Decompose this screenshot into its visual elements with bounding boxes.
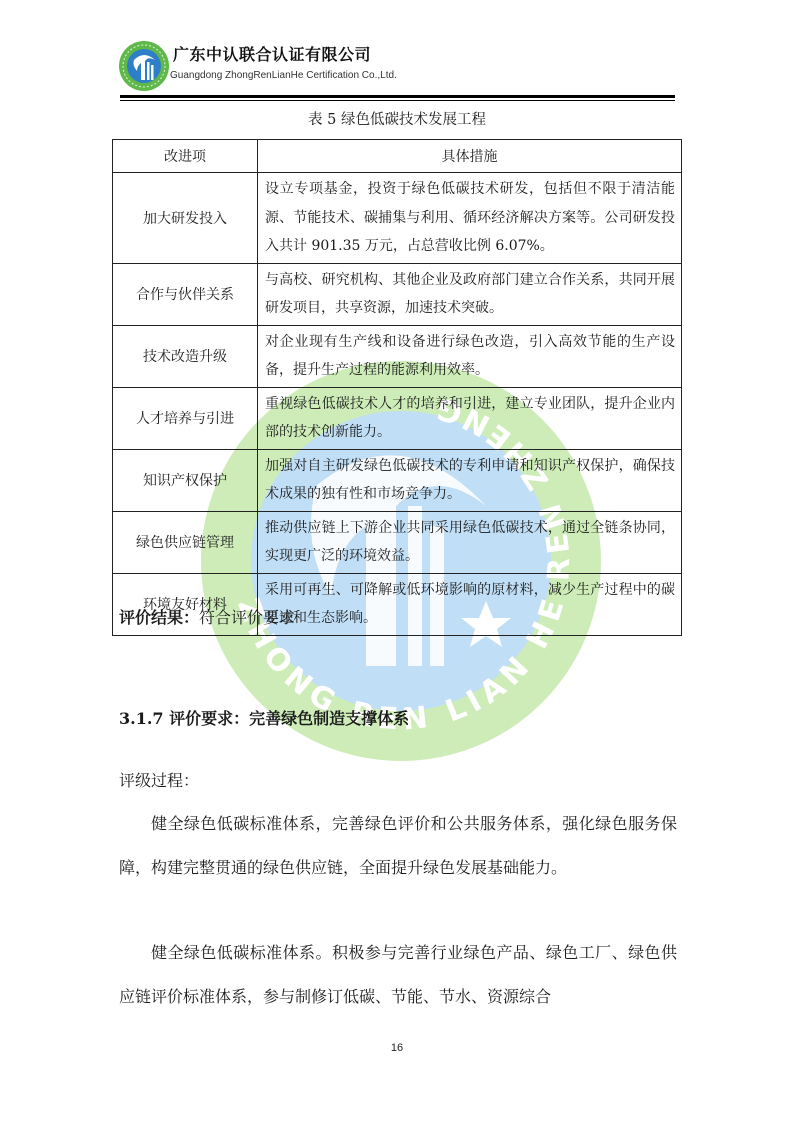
table-row: 加大研发投入 设立专项基金，投资于绿色低碳技术研发，包括但不限于清洁能源、节能技… <box>113 173 682 264</box>
table-row: 人才培养与引进 重视绿色低碳技术人才的培养和引进，建立专业团队，提升企业内部的技… <box>113 387 682 449</box>
table-row: 合作与伙伴关系 与高校、研究机构、其他企业及政府部门建立合作关系，共同开展研发项… <box>113 263 682 325</box>
page-header: 广东中认联合认证有限公司 Guangdong ZhongRenLianHe Ce… <box>118 38 678 98</box>
company-name-en: Guangdong ZhongRenLianHe Certification C… <box>170 70 397 81</box>
row-detail: 推动供应链上下游企业共同采用绿色低碳技术，通过全链条协同，实现更广泛的环境效益。 <box>258 511 682 573</box>
green-tech-table: 改进项 具体措施 加大研发投入 设立专项基金，投资于绿色低碳技术研发，包括但不限… <box>112 139 682 636</box>
row-detail: 重视绿色低碳技术人才的培养和引进，建立专业团队，提升企业内部的技术创新能力。 <box>258 387 682 449</box>
row-item: 技术改造升级 <box>113 325 258 387</box>
result-value: 符合评价要求 <box>199 608 295 627</box>
row-detail: 对企业现有生产线和设备进行绿色改造，引入高效节能的生产设备，提升生产过程的能源利… <box>258 325 682 387</box>
row-detail: 与高校、研究机构、其他企业及政府部门建立合作关系，共同开展研发项目，共享资源，加… <box>258 263 682 325</box>
company-name-cn: 广东中认联合认证有限公司 <box>173 42 371 65</box>
process-label: 评级过程： <box>119 768 199 791</box>
row-item: 知识产权保护 <box>113 449 258 511</box>
column-header-item: 改进项 <box>113 140 258 173</box>
section-heading: 3.1.7 评价要求：完善绿色制造支撑体系 <box>119 706 409 729</box>
row-item: 合作与伙伴关系 <box>113 263 258 325</box>
row-detail: 加强对自主研发绿色低碳技术的专利申请和知识产权保护，确保技术成果的独有性和市场竞… <box>258 449 682 511</box>
header-rule-thick <box>120 95 675 98</box>
header-rule-thin <box>120 100 675 101</box>
page-number: 16 <box>0 1042 794 1054</box>
row-item: 人才培养与引进 <box>113 387 258 449</box>
evaluation-result: 评价结果：符合评价要求 <box>119 605 295 628</box>
row-detail: 采用可再生、可降解或低环境影响的原材料，减少生产过程中的碳足迹和生态影响。 <box>258 573 682 635</box>
row-item: 绿色供应链管理 <box>113 511 258 573</box>
result-label: 评价结果： <box>119 608 199 627</box>
row-detail: 设立专项基金，投资于绿色低碳技术研发，包括但不限于清洁能源、节能技术、碳捕集与利… <box>258 173 682 264</box>
company-logo-icon <box>118 40 170 92</box>
table-header-row: 改进项 具体措施 <box>113 140 682 173</box>
table-row: 知识产权保护 加强对自主研发绿色低碳技术的专利申请和知识产权保护，确保技术成果的… <box>113 449 682 511</box>
column-header-detail: 具体措施 <box>258 140 682 173</box>
table-row: 绿色供应链管理 推动供应链上下游企业共同采用绿色低碳技术，通过全链条协同，实现更… <box>113 511 682 573</box>
table-caption: 表 5 绿色低碳技术发展工程 <box>0 108 794 129</box>
body-paragraph: 健全绿色低碳标准体系，完善绿色评价和公共服务体系，强化绿色服务保障，构建完整贯通… <box>119 802 677 890</box>
table-row: 技术改造升级 对企业现有生产线和设备进行绿色改造，引入高效节能的生产设备，提升生… <box>113 325 682 387</box>
row-item: 加大研发投入 <box>113 173 258 264</box>
body-paragraph: 健全绿色低碳标准体系。积极参与完善行业绿色产品、绿色工厂、绿色供应链评价标准体系… <box>119 931 677 1019</box>
